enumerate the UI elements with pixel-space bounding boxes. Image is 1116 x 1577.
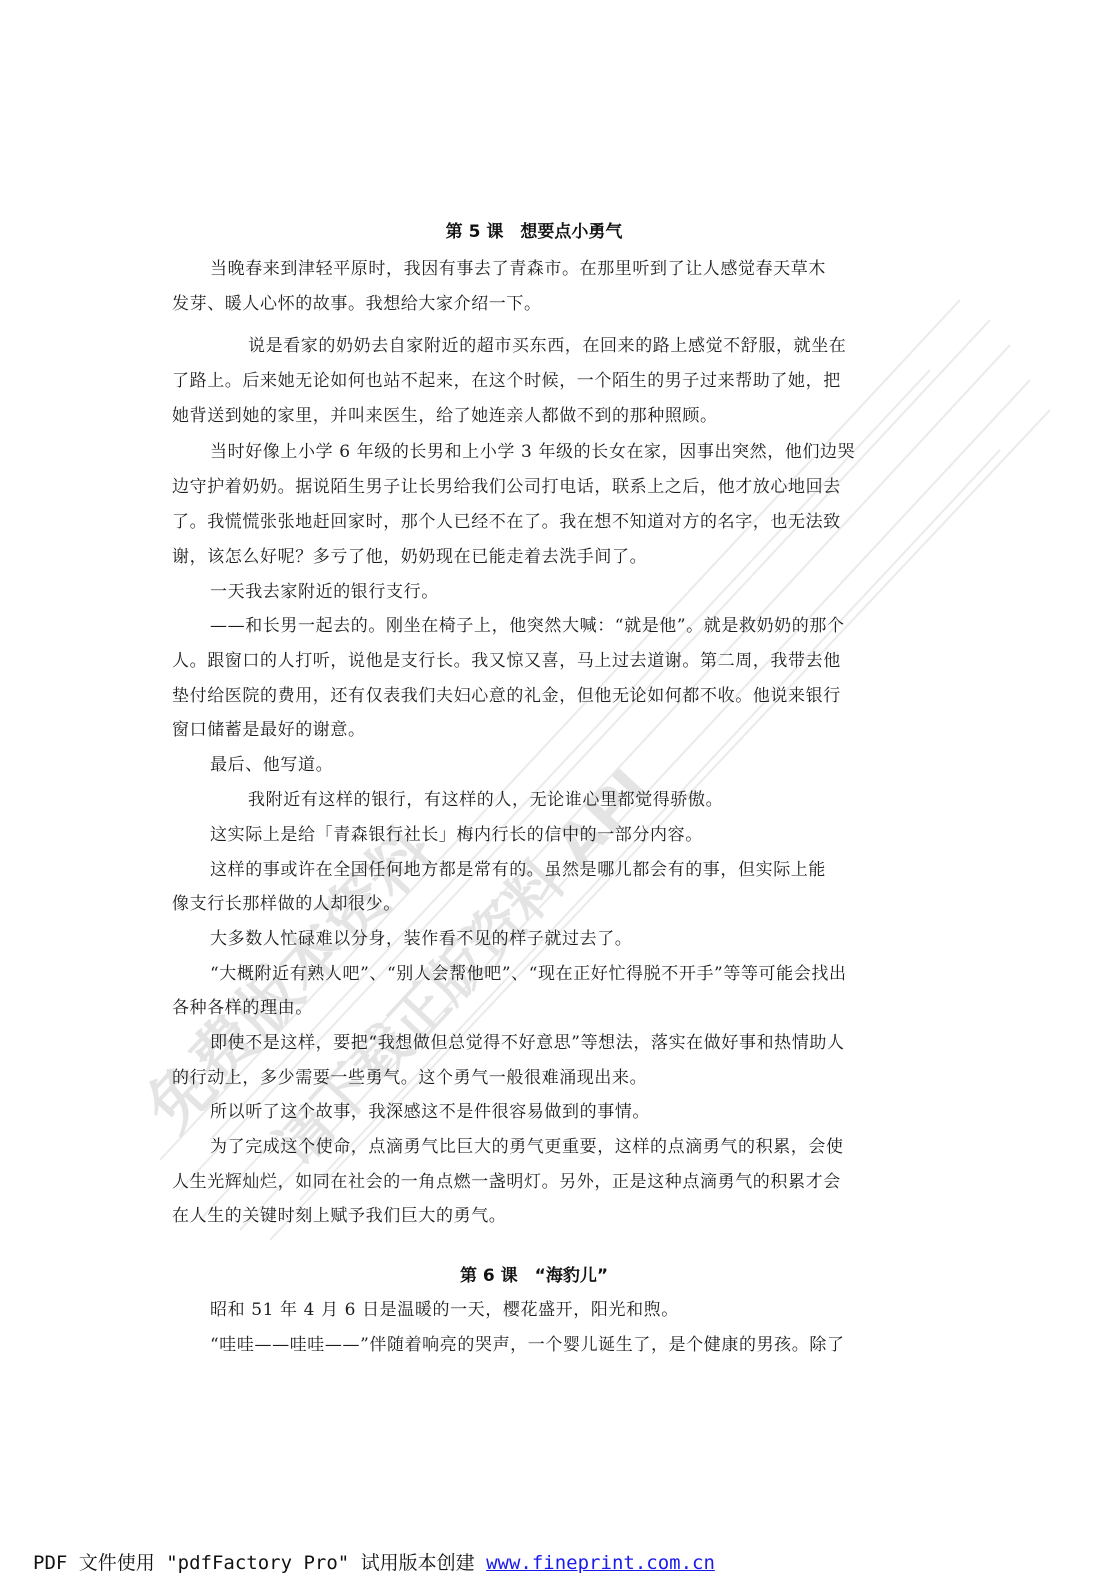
lesson-6-title: 第 6 课 “海豹儿” <box>172 1264 896 1288</box>
text-line: 这实际上是给「青森银行社长」梅内行长的信中的一部分内容。 <box>210 823 703 847</box>
text-line: 一天我去家附近的银行支行。 <box>210 580 439 604</box>
text-line: 昭和 51 年 4 月 6 日是温暖的一天，樱花盛开，阳光和煦。 <box>210 1298 679 1322</box>
text-line: 边守护着奶奶。据说陌生男子让长男给我们公司打电话，联系上之后，他才放心地回去 <box>172 475 841 499</box>
lesson-5-title: 第 5 课 想要点小勇气 <box>172 220 896 244</box>
text-line: 大多数人忙碌难以分身，装作看不见的样子就过去了。 <box>210 927 632 951</box>
text-line: “大概附近有熟人吧”、“别人会帮他吧”、“现在正好忙得脱不开手”等等可能会找出 <box>210 962 847 986</box>
text-line: 窗口储蓄是最好的谢意。 <box>172 718 366 742</box>
pdf-footer: PDF 文件使用 "pdfFactory Pro" 试用版本创建 www.fin… <box>33 1550 715 1576</box>
text-line: ——和长男一起去的。刚坐在椅子上，他突然大喊：“就是他”。就是救奶奶的那个 <box>210 614 845 638</box>
text-line: 这样的事或许在全国任何地方都是常有的。虽然是哪儿都会有的事，但实际上能 <box>210 858 826 882</box>
fineprint-link[interactable]: www.fineprint.com.cn <box>486 1552 715 1574</box>
text-line: 说是看家的奶奶去自家附近的超市买东西，在回来的路上感觉不舒服，就坐在 <box>248 334 846 358</box>
text-line: 的行动上，多少需要一些勇气。这个勇气一般很难涌现出来。 <box>172 1066 647 1090</box>
text-line: “哇哇——哇哇——”伴随着响亮的哭声，一个婴儿诞生了，是个健康的男孩。除了 <box>210 1333 845 1357</box>
text-line: 了路上。后来她无论如何也站不起来，在这个时候，一个陌生的男子过来帮助了她，把 <box>172 369 841 393</box>
text-line: 各种各样的理由。 <box>172 996 313 1020</box>
text-line: 人。跟窗口的人打听，说他是支行长。我又惊又喜，马上过去道谢。第二周，我带去他 <box>172 649 841 673</box>
text-line: 当时好像上小学 6 年级的长男和上小学 3 年级的长女在家，因事出突然，他们边哭 <box>210 440 855 464</box>
text-line: 像支行长那样做的人却很少。 <box>172 892 401 916</box>
text-line: 她背送到她的家里，并叫来医生，给了她连亲人都做不到的那种照顾。 <box>172 404 718 428</box>
text-line: 即使不是这样，要把“我想做但总觉得不好意思”等想法，落实在做好事和热情助人 <box>210 1031 845 1055</box>
text-line: 垫付给医院的费用，还有仅表我们夫妇心意的礼金，但他无论如何都不收。他说来银行 <box>172 684 841 708</box>
text-line: 了。我慌慌张张地赶回家时，那个人已经不在了。我在想不知道对方的名字，也无法致 <box>172 510 841 534</box>
text-line: 发芽、暖人心怀的故事。我想给大家介绍一下。 <box>172 292 542 316</box>
text-line: 最后、他写道。 <box>210 753 333 777</box>
text-line: 所以听了这个故事，我深感这不是件很容易做到的事情。 <box>210 1100 650 1124</box>
text-line: 为了完成这个使命，点滴勇气比巨大的勇气更重要，这样的点滴勇气的积累，会使 <box>210 1135 844 1159</box>
text-line: 谢，该怎么好呢？多亏了他，奶奶现在已能走着去洗手间了。 <box>172 545 647 569</box>
text-line: 我附近有这样的银行，有这样的人，无论谁心里都觉得骄傲。 <box>248 788 723 812</box>
text-line: 人生光辉灿烂，如同在社会的一角点燃一盏明灯。另外，正是这种点滴勇气的积累才会 <box>172 1170 841 1194</box>
text-line: 在人生的关键时刻上赋予我们巨大的勇气。 <box>172 1204 506 1228</box>
footer-prefix-text: PDF 文件使用 "pdfFactory Pro" 试用版本创建 <box>33 1552 486 1574</box>
text-line: 当晚春来到津轻平原时，我因有事去了青森市。在那里听到了让人感觉春天草木 <box>210 257 826 281</box>
